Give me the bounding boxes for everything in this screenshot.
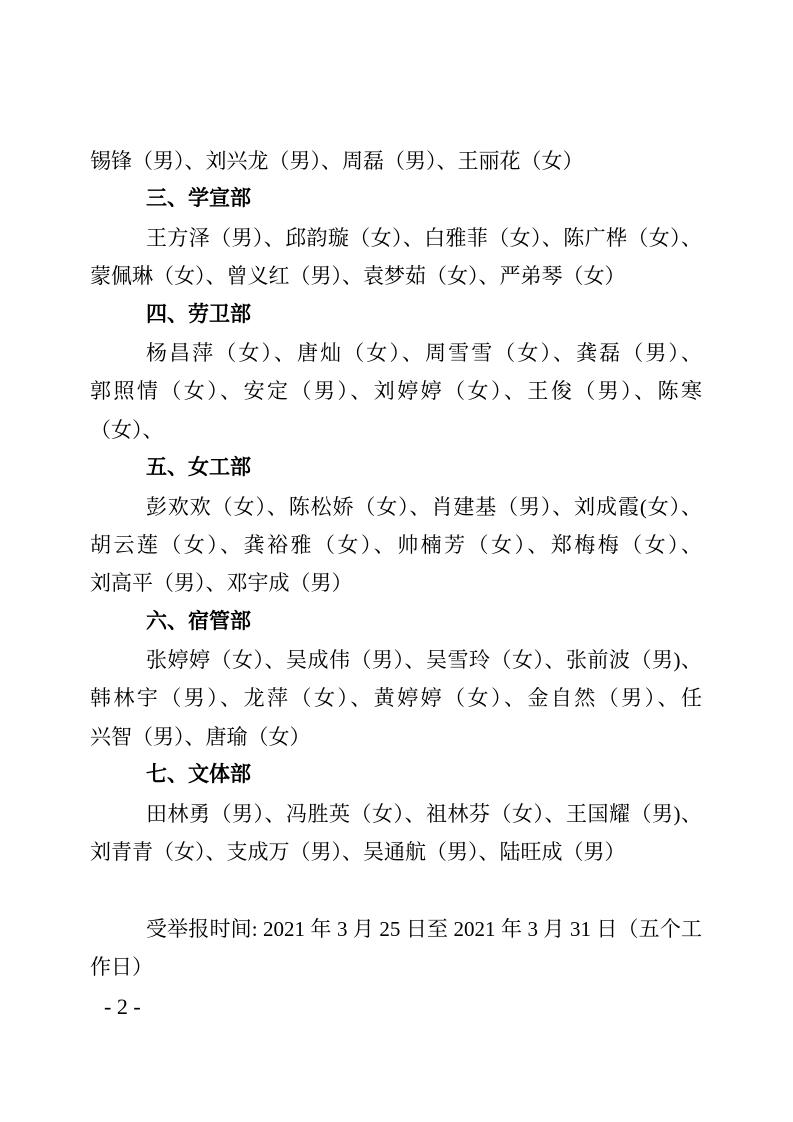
member-list-line: 兴智（男）、唐瑜（女） [90, 718, 702, 756]
member-list-line: 胡云莲（女）、龚裕雅（女）、帅楠芳（女）、郑梅梅（女）、 [90, 526, 702, 564]
member-list-line: 韩林宇（男）、龙萍（女）、黄婷婷（女）、金自然（男）、任 [90, 679, 702, 717]
report-time-line: 受举报时间: 2021 年 3 月 25 日至 2021 年 3 月 31 日（… [90, 910, 702, 948]
section-heading-xuexuanbu: 三、学宣部 [90, 180, 702, 218]
section-heading-nvgongbu: 五、女工部 [90, 449, 702, 487]
report-time-line-wrap: 作日） [90, 948, 702, 986]
member-list-line: 彭欢欢（女）、陈松娇（女）、肖建基（男）、刘成霞(女）、 [90, 488, 702, 526]
member-list-line: 锡锋（男）、刘兴龙（男）、周磊（男）、王丽花（女） [90, 142, 702, 180]
document-content: 锡锋（男）、刘兴龙（男）、周磊（男）、王丽花（女） 三、学宣部 王方泽（男）、邱… [90, 142, 702, 987]
member-list-line: 王方泽（男）、邱韵璇（女）、白雅菲（女）、陈广桦（女）、 [90, 219, 702, 257]
member-list-line: 刘青青（女）、支成万（男）、吴通航（男）、陆旺成（男） [90, 833, 702, 871]
section-heading-suguanbu: 六、宿管部 [90, 603, 702, 641]
member-list-line: 郭照情（女）、安定（男）、刘婷婷（女）、王俊（男）、陈寒 [90, 372, 702, 410]
blank-line [90, 871, 702, 909]
member-list-line: 杨昌萍（女）、唐灿（女）、周雪雪（女）、龚磊（男）、 [90, 334, 702, 372]
member-list-line: 张婷婷（女）、吴成伟（男）、吴雪玲（女）、张前波（男)、 [90, 641, 702, 679]
member-list-line: （女）、 [90, 411, 702, 449]
document-page: 锡锋（男）、刘兴龙（男）、周磊（男）、王丽花（女） 三、学宣部 王方泽（男）、邱… [0, 0, 793, 1122]
member-list-line: 刘高平（男）、邓宇成（男） [90, 564, 702, 602]
member-list-line: 蒙佩琳（女）、曾义红（男）、袁梦茹（女）、严弟琴（女） [90, 257, 702, 295]
section-heading-laoweibu: 四、劳卫部 [90, 296, 702, 334]
page-number: - 2 - [104, 994, 141, 1020]
section-heading-wentibu: 七、文体部 [90, 756, 702, 794]
member-list-line: 田林勇（男）、冯胜英（女）、祖林芬（女）、王国耀（男)、 [90, 795, 702, 833]
